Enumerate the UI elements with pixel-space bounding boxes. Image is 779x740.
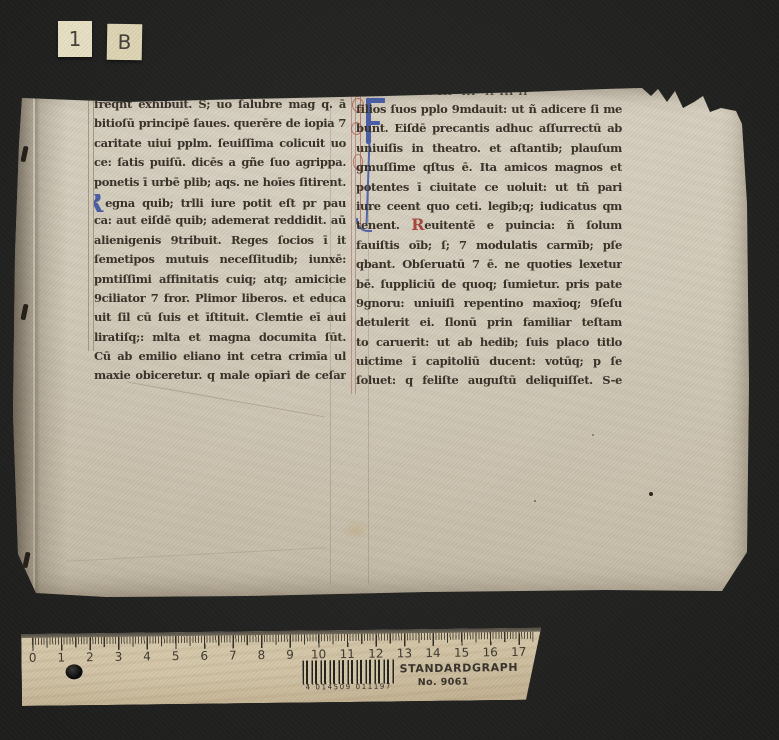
cm-number: 17 xyxy=(504,645,533,659)
model-label: No. 9061 xyxy=(418,676,530,688)
line-text: detulerit ei. ſlonū prin familiar teſtam xyxy=(356,315,622,329)
line-text: iure ceent quo ceti. legib;q; iudicatus … xyxy=(356,199,622,213)
line-text: gmuſſime qſtus ē. Ita amicos magnos et xyxy=(356,160,622,174)
cm-number: 6 xyxy=(190,649,219,663)
manuscript-line: uictime ī capitoliū ducent: votūq; p ſe xyxy=(356,354,622,373)
manuscript-line: bunt. Eiſdē precantis adhuc aſſurrectū a… xyxy=(356,121,622,140)
manuscript-line: ponetis ī urbē plib; aqs. ne hoīes ſitir… xyxy=(94,175,346,194)
text-column-right: filios ſuos pplo 9mdauit: ut ñ adicere ſ… xyxy=(356,102,622,393)
manuscript-line: caritate uiui pplm. ſeuiſſima colicuit u… xyxy=(94,136,346,155)
photo-backdrop: 1 B ſ ſ·ı·ſ ıııſı ııı ſıı ·ııı· ıſ ııı ı… xyxy=(0,0,779,740)
sequence-tile-1: 1 xyxy=(58,21,92,57)
manuscript-line: bē. ſuppliciū de quoq; ſumietur. pris pa… xyxy=(356,277,622,296)
line-text: maxie obiceretur. q male opīari de ceſar xyxy=(94,368,346,382)
manuscript-line: potentes ī ciuitate ce uoluit: ut tñ par… xyxy=(356,180,622,199)
line-text: tenent. xyxy=(356,218,411,232)
manuscript-line: Cū ab emilio eliano int cetra crimīa ul xyxy=(94,349,346,368)
letter-tile-B: B xyxy=(107,24,143,61)
line-text: euitentē e puincia: ñ ſolum xyxy=(424,218,622,232)
cm-number: 3 xyxy=(104,650,133,664)
cm-number: 16 xyxy=(476,645,505,659)
line-text: ſoluet: q feliſte auguſtū deliquiſſet. S… xyxy=(356,373,622,387)
line-text: uit ſil cū ſuis et īſtituit. Clemtie eī … xyxy=(94,310,346,324)
manuscript-line: ſemetipos mutuis neceſſitudib; iunxē: xyxy=(94,252,346,271)
manuscript-line: filios ſuos pplo 9mdauit: ut ñ adicere ſ… xyxy=(356,102,622,121)
manuscript-line: Regna quib; trlli iure potit eſt pr pau xyxy=(94,194,346,213)
line-text: uniuiſis in theatro. et aſtantib; plauſu… xyxy=(356,141,622,155)
manuscript-line: liratiſq;: mlta et magna documita ſūt. xyxy=(94,330,346,349)
trimmed-line-fragment: ıııſı ııı ſıı ·ııı· ıſ ııı ıı xyxy=(390,87,574,96)
ruler-hole xyxy=(65,664,82,679)
versal-initial: R xyxy=(411,218,424,234)
line-text: uictime ī capitoliū ducent: votūq; p ſe xyxy=(356,354,622,368)
manuscript-page: ſ ſ·ı·ſ ıııſı ııı ſıı ·ııı· ıſ ııı ıı fr… xyxy=(6,84,750,602)
manuscript-line: detulerit ei. ſlonū prin familiar teſtam xyxy=(356,315,622,334)
line-text: 9ciliator 7 fror. Plimor liberos. et edu… xyxy=(94,291,346,305)
ink-speck xyxy=(649,492,653,496)
manuscript-line: qbant. Obſeruatū 7 ē. ne quoties lexetur xyxy=(356,257,622,276)
ruling-line-left xyxy=(88,96,89,351)
versal-initial: R xyxy=(94,194,103,213)
cm-number: 14 xyxy=(419,646,448,660)
manuscript-line: to caruerit: ut ab hedib; ſuis placo tit… xyxy=(356,335,622,354)
line-text: ſemetipos mutuis neceſſitudib; iunxē: xyxy=(94,252,346,266)
manuscript-line: 9gnoru: uniuiſi repentino maxīoq; 9ſeſu xyxy=(356,296,622,315)
line-text: alienigenis 9tribuit. Reges ſocios ī it xyxy=(94,233,346,247)
manuscript-line: pmtiſſimi affinitatis cuiq; atq; amicici… xyxy=(94,272,346,291)
ink-speck xyxy=(592,434,594,436)
line-text: bitioſū principē ſaues. querēre de iopia… xyxy=(94,116,346,130)
cm-number: 5 xyxy=(161,649,190,663)
line-text: filios ſuos pplo 9mdauit: ut ñ adicere ſ… xyxy=(356,102,622,116)
line-text: bunt. Eiſdē precantis adhuc aſſurrectū a… xyxy=(356,121,622,135)
line-text: ponetis ī urbē plib; aqs. ne hoīes ſitir… xyxy=(94,175,346,189)
parchment-crease xyxy=(66,547,326,562)
manuscript-line: iure ceent quo ceti. legib;q; iudicatus … xyxy=(356,199,622,218)
line-text: egna quib; trlli iure potit eſt pr pau xyxy=(105,196,346,210)
manuscript-line: fauiſtis oīb; ſ; 7 modulatis carmīb; pſe xyxy=(356,238,622,257)
manuscript-line: ce: ſatis puiſū. dicēs a gñe ſuo agrippa… xyxy=(94,155,346,174)
ink-speck xyxy=(534,500,536,502)
cm-number: 15 xyxy=(447,645,476,659)
line-text: caritate uiui pplm. ſeuiſſima colicuit u… xyxy=(94,136,346,150)
brand-label: STANDARDGRAPH xyxy=(399,661,547,676)
manuscript-line: freqñt exhibuit. S; uo ſalubre mag q. ā xyxy=(94,97,346,116)
line-text: to caruerit: ut ab hedib; ſuis placo tit… xyxy=(356,335,622,349)
line-text: ce: ſatis puiſū. dicēs a gñe ſuo agrippa… xyxy=(94,155,346,169)
line-text: qbant. Obſeruatū 7 ē. ne quoties lexetur xyxy=(356,257,622,271)
cm-number: 2 xyxy=(76,650,105,664)
line-text: bē. ſuppliciū de quoq; ſumietur. pris pa… xyxy=(356,277,622,291)
cm-number: 4 xyxy=(133,649,162,663)
manuscript-line: tenent. Reuitentē e puincia: ñ ſolum xyxy=(356,218,622,237)
barcode-digits: 4 014509 011197 xyxy=(296,682,402,691)
manuscript-line: maxie obiceretur. q male opīari de ceſar xyxy=(94,368,346,387)
page-gutter-fold xyxy=(6,84,68,602)
cm-number: 13 xyxy=(390,646,419,660)
cm-number: 0 xyxy=(18,651,47,665)
manuscript-line: ca: aut eiſdē quib; ademerat reddidit. a… xyxy=(94,213,346,232)
line-text: potentes ī ciuitate ce uoluit: ut tñ par… xyxy=(356,180,622,194)
gutter-fold-ridge xyxy=(33,84,35,602)
manuscript-line: uniuiſis in theatro. et aſtantib; plauſu… xyxy=(356,141,622,160)
manuscript-line: alienigenis 9tribuit. Reges ſocios ī it xyxy=(94,233,346,252)
line-text: ca: aut eiſdē quib; ademerat reddidit. a… xyxy=(94,213,346,227)
cm-number: 7 xyxy=(218,648,247,662)
cm-number: 1 xyxy=(47,650,76,664)
manuscript-line: ſoluet: q feliſte auguſtū deliquiſſet. S… xyxy=(356,373,622,392)
line-text: Cū ab emilio eliano int cetra crimīa ul xyxy=(94,349,346,363)
manuscript-line: gmuſſime qſtus ē. Ita amicos magnos et xyxy=(356,160,622,179)
cm-number: 8 xyxy=(247,648,276,662)
line-text: 9gnoru: uniuiſi repentino maxīoq; 9ſeſu xyxy=(356,296,622,310)
stain xyxy=(342,520,370,540)
line-text: liratiſq;: mlta et magna documita ſūt. xyxy=(94,330,346,344)
line-text: freqñt exhibuit. S; uo ſalubre mag q. ā xyxy=(94,97,346,111)
ruler: 01234567891011121314151617 4 014509 0111… xyxy=(21,628,542,706)
manuscript-line: uit ſil cū ſuis et īſtituit. Clemtie eī … xyxy=(94,310,346,329)
cm-number: 9 xyxy=(276,648,305,662)
line-text: fauiſtis oīb; ſ; 7 modulatis carmīb; pſe xyxy=(356,238,622,252)
manuscript-line: bitioſū principē ſaues. querēre de iopia… xyxy=(94,116,346,135)
barcode-bars xyxy=(302,659,394,684)
text-column-left: freqñt exhibuit. S; uo ſalubre mag q. āb… xyxy=(94,97,346,388)
line-text: pmtiſſimi affinitatis cuiq; atq; amicici… xyxy=(94,272,346,286)
manuscript-line: 9ciliator 7 fror. Plimor liberos. et edu… xyxy=(94,291,346,310)
